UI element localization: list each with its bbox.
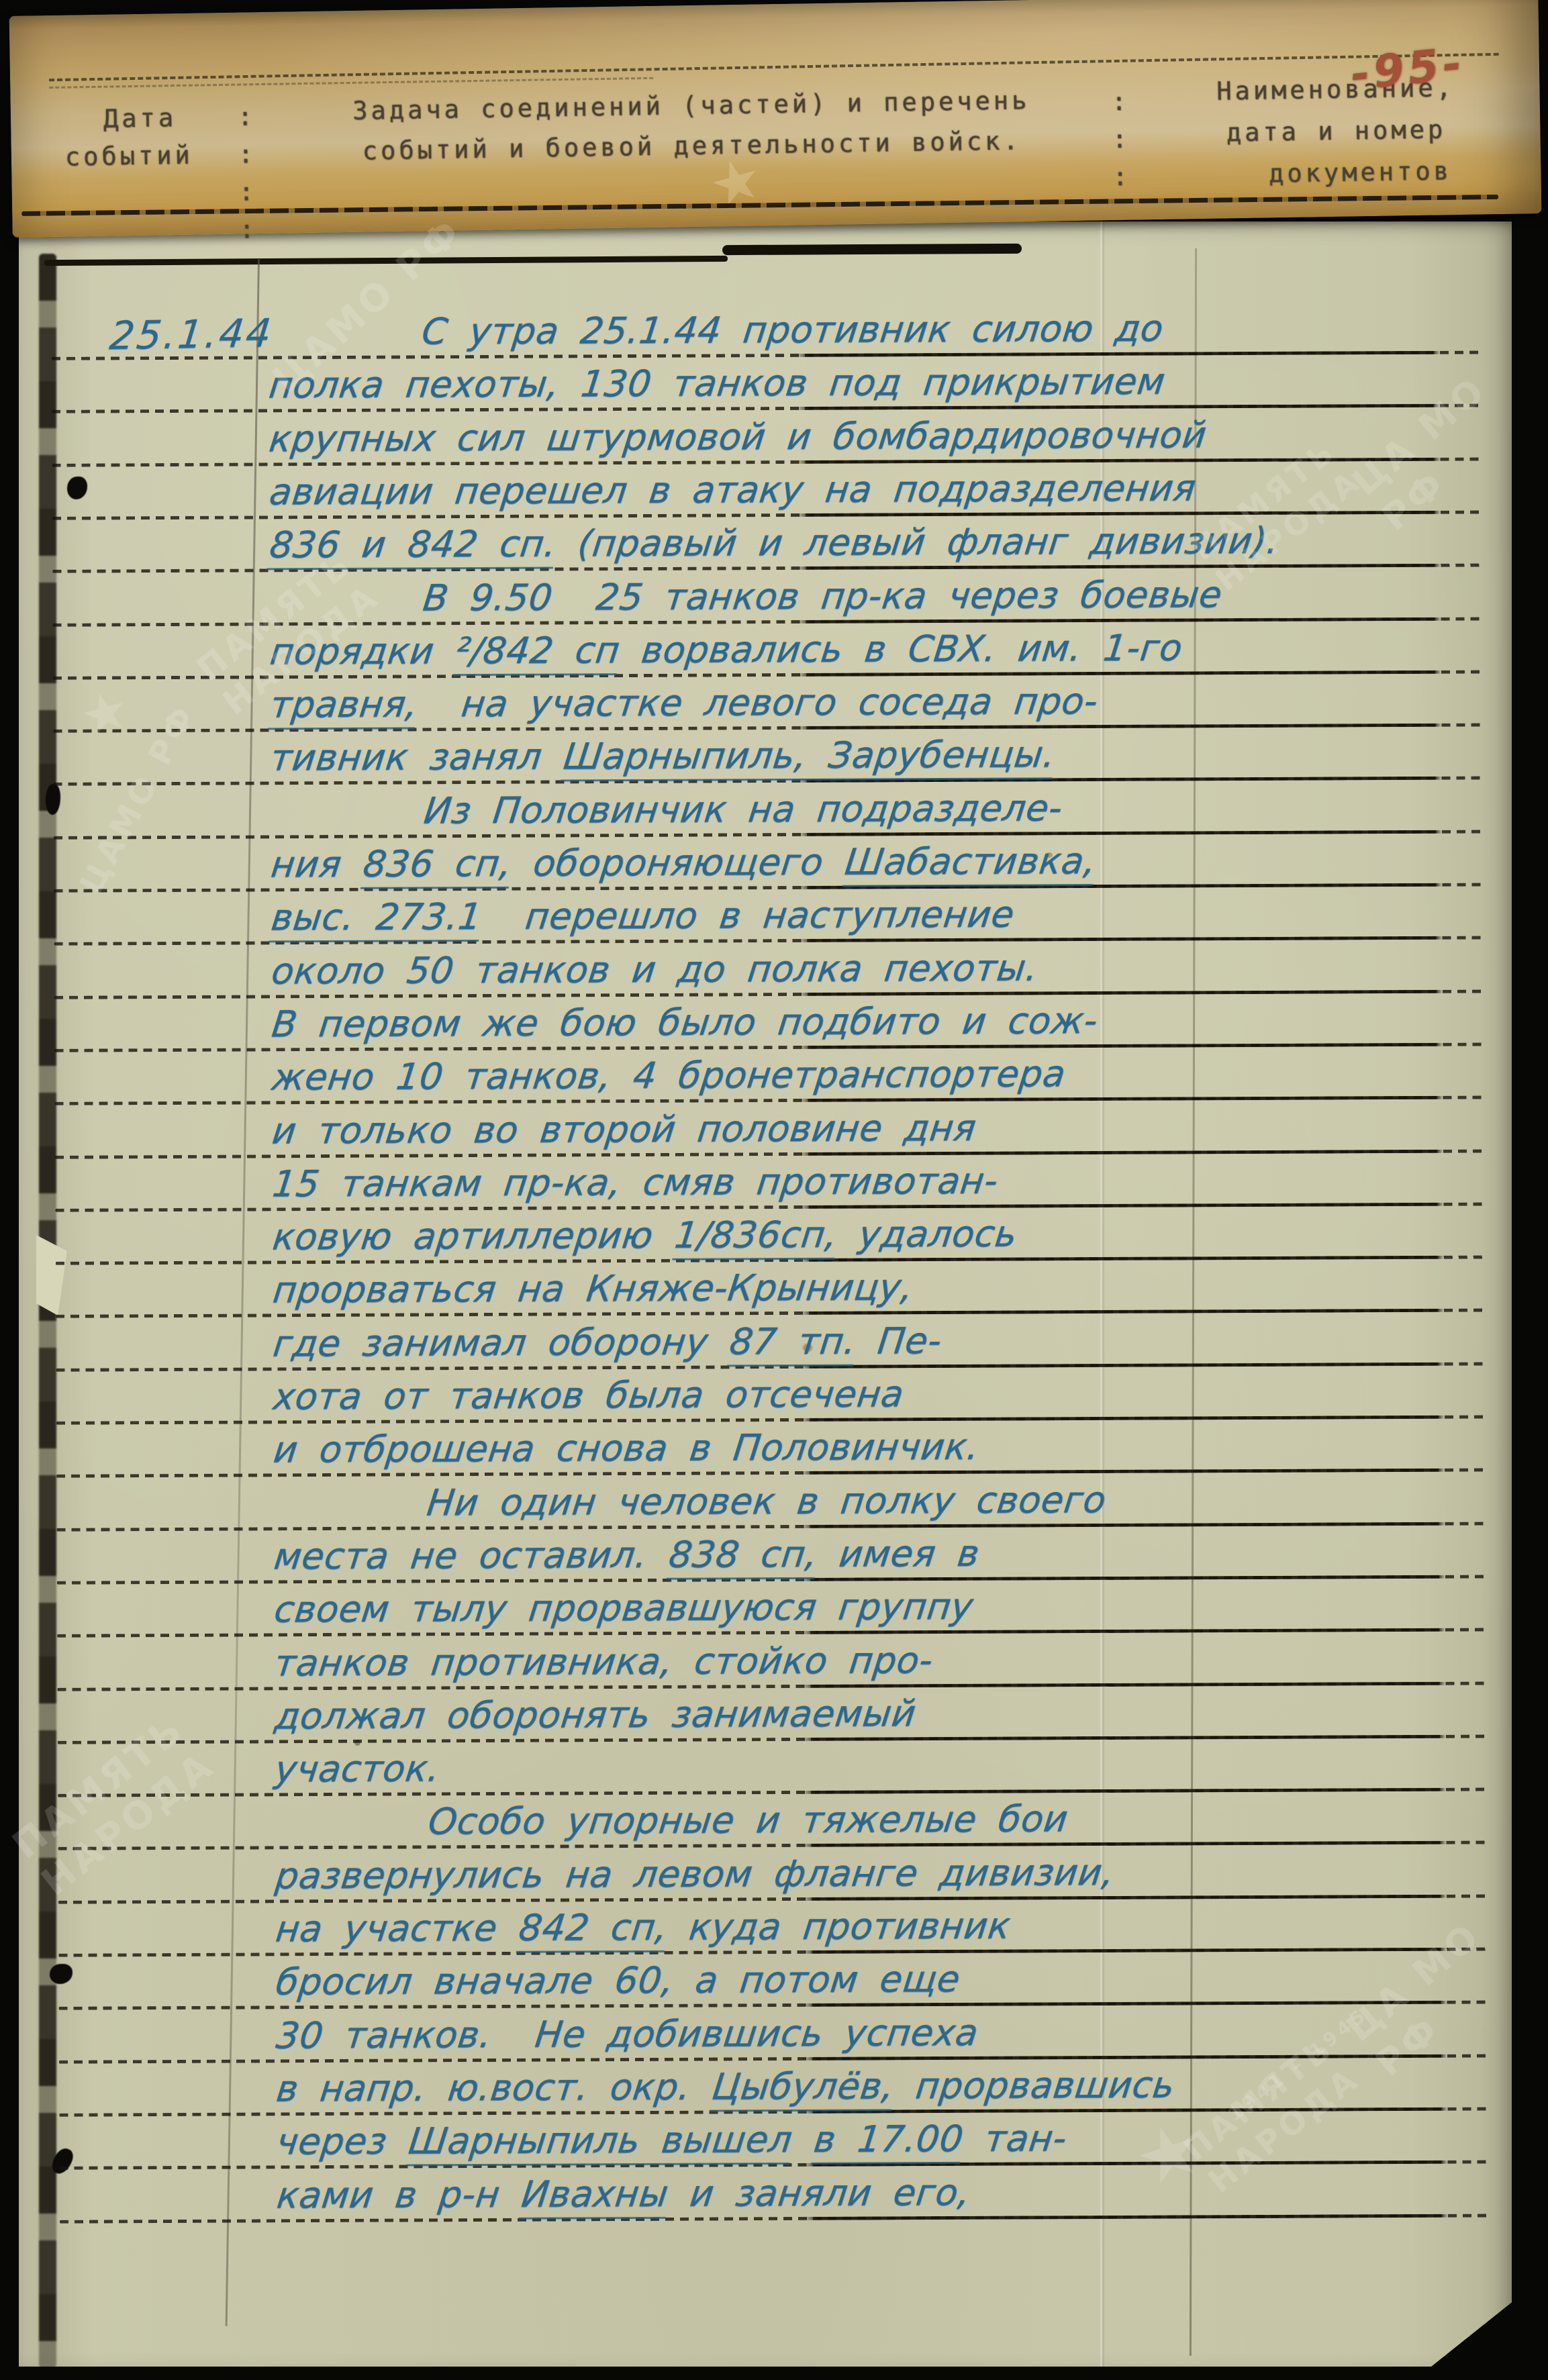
- text-segment: порядки: [268, 630, 458, 673]
- handwritten-line: крупных сил штурмовой и бомбардировочной: [267, 417, 1208, 457]
- header-label: событий: [64, 137, 193, 177]
- handwritten-line: 836 и 842 сп. (правый и левый фланг диви…: [268, 523, 1281, 564]
- text-segment: прорваться на Княже-Крыницу,: [271, 1267, 915, 1311]
- handwritten-line: ния 836 сп, обороняющего Шабастивка,: [269, 843, 1098, 883]
- text-segment: около 50 танков и до полка пехоты.: [269, 946, 1041, 992]
- handwritten-line: хота от танков была отсечена: [271, 1376, 906, 1415]
- text-segment: танков противника, стойко про-: [273, 1639, 936, 1684]
- handwritten-line: авиации перешел в атаку на подразделения: [268, 470, 1198, 510]
- text-segment: ворвались в СВХ. им. 1-го: [618, 626, 1185, 671]
- handwritten-line: своем тылу прорвавшуюся группу: [273, 1589, 975, 1628]
- text-segment: тан-: [961, 2117, 1069, 2160]
- handwritten-line: Из Половинчик на подразделе-: [422, 790, 1065, 829]
- header-column-date: Дата событий: [64, 99, 194, 177]
- handwritten-line: места не оставил. 838 сп, имея в: [272, 1536, 981, 1575]
- text-segment: участок.: [273, 1747, 442, 1790]
- scanned-document-page: 25.1.44 С утра 25.1.44 противник силою д…: [0, 0, 1548, 2380]
- ruled-line: [53, 617, 1484, 626]
- text-segment: В первом же бою было подбито и сож-: [270, 999, 1100, 1045]
- handwritten-line: танков противника, стойко про-: [273, 1642, 935, 1681]
- handwritten-line: жено 10 танков, 4 бронетранспортера: [270, 1056, 1067, 1095]
- handwritten-line: Особо упорные и тяжелые бои: [426, 1801, 1070, 1840]
- handwritten-line: тивник занял Шарныпиль, Зарубенцы.: [269, 737, 1057, 777]
- underlined-text: 838 сп,: [666, 1533, 820, 1580]
- handwritten-line: В 9.50 25 танков пр-ка через боевые: [421, 577, 1224, 616]
- handwritten-line: В первом же бою было подбито и сож-: [270, 1003, 1100, 1042]
- text-segment: развернулись на левом фланге дивизии,: [273, 1851, 1116, 1897]
- ruled-line: [52, 350, 1483, 360]
- handwritten-line: через Шарныпиль вышел в 17.00 тан-: [275, 2120, 1069, 2160]
- column-divider-colons: : : : :: [238, 98, 258, 248]
- text-segment: авиации перешел в атаку на подразделения: [267, 466, 1198, 513]
- underlined-text: травня,: [268, 683, 420, 730]
- text-segment: и только во второй половине дня: [270, 1106, 978, 1152]
- journal-paper-sheet: 25.1.44 С утра 25.1.44 противник силою д…: [19, 221, 1512, 2367]
- text-segment: через: [275, 2120, 412, 2163]
- underlined-text: ²/842 сп: [453, 629, 622, 676]
- text-segment: на участке: [273, 1907, 522, 1950]
- handwritten-line: должал оборонять занимаемый: [273, 1695, 918, 1734]
- handwritten-line: развернулись на левом фланге дивизии,: [274, 1854, 1116, 1894]
- text-segment: и заняли его,: [666, 2171, 973, 2214]
- text-segment: 30 танков. Не добившись успеха: [274, 2011, 981, 2056]
- underlined-text: Цыбулёв,: [710, 2065, 897, 2112]
- text-segment: обороняющего: [509, 841, 847, 885]
- handwritten-line: участок.: [273, 1750, 442, 1787]
- underlined-text: Ивахны: [519, 2172, 671, 2219]
- handwritten-line: прорваться на Княже-Крыницу,: [271, 1270, 915, 1309]
- handwritten-line: около 50 танков и до полка пехоты.: [270, 950, 1040, 989]
- text-segment: С утра 25.1.44 противник силою до: [420, 307, 1166, 353]
- text-segment: своем тылу прорвавшуюся группу: [272, 1585, 975, 1631]
- text-segment: ками в р-н: [275, 2173, 524, 2216]
- text-segment: ния: [269, 843, 367, 886]
- handwritten-line: бросил вначале 60, а потом еще: [274, 1961, 962, 2000]
- text-segment: 15 танкам пр-ка, смяв противотан-: [271, 1159, 1001, 1205]
- text-segment: ковую артиллерию: [271, 1214, 677, 1258]
- underlined-text: Шабастивка,: [842, 840, 1099, 887]
- underlined-text: 1/836сп,: [672, 1213, 840, 1260]
- text-segment: в напр. ю.вост. окр.: [274, 2065, 714, 2110]
- text-segment: удалось: [834, 1213, 1019, 1256]
- text-segment: должал оборонять занимаемый: [273, 1692, 918, 1737]
- text-segment: прорвавшись: [891, 2063, 1177, 2107]
- text-segment: на участке левого соседа про-: [416, 680, 1100, 725]
- text-segment: и отброшена снова в Половинчик.: [271, 1426, 981, 1471]
- text-segment: Особо упорные и тяжелые бои: [426, 1798, 1071, 1843]
- handwritten-entry-body: С утра 25.1.44 противник силою дополка п…: [19, 215, 1521, 2367]
- text-segment: (правый и левый фланг дивизии).: [554, 519, 1281, 565]
- underlined-text: Шарныпиль, Зарубенцы.: [561, 734, 1057, 782]
- underlined-text: 836 сп,: [360, 842, 514, 889]
- column-divider-colons: : : :: [1111, 83, 1131, 196]
- text-segment: хота от танков была отсечена: [271, 1373, 906, 1418]
- underlined-text: Шарныпиль вышел: [406, 2118, 795, 2167]
- text-segment: бросил вначале 60, а потом еще: [274, 1958, 963, 2003]
- text-segment: тивник занял: [269, 736, 567, 779]
- handwritten-line: порядки ²/842 сп ворвались в СВХ. им. 1-…: [269, 630, 1185, 670]
- handwritten-line: С утра 25.1.44 противник силою до: [420, 311, 1165, 350]
- underlined-text: 836 и 842 сп.: [267, 523, 559, 571]
- handwritten-line: полка пехоты, 130 танков под прикрытием: [267, 364, 1167, 404]
- handwritten-line: ковую артиллерию 1/836сп, удалось: [271, 1216, 1019, 1256]
- ruled-line: [56, 1522, 1488, 1531]
- header-label: дата и номер: [1141, 107, 1531, 155]
- text-segment: где занимал оборону: [271, 1320, 732, 1365]
- text-segment: перешло в наступление: [479, 893, 1017, 938]
- header-label: Наименование,: [1141, 66, 1531, 113]
- handwritten-line: Ни один человек в полку своего: [425, 1482, 1108, 1521]
- handwritten-line: выс. 273.1 перешло в наступление: [269, 897, 1016, 936]
- underlined-text: 87 тп.: [727, 1320, 859, 1367]
- underlined-text: выс. 273.1: [269, 895, 484, 942]
- text-segment: Пе-: [853, 1320, 944, 1362]
- underlined-text: 842 сп,: [516, 1906, 670, 1953]
- text-segment: полка пехоты, 130 танков под прикрытием: [267, 360, 1167, 407]
- underlined-text: в 17.00: [811, 2118, 965, 2165]
- ruled-line: [58, 1841, 1490, 1850]
- text-segment: куда противник: [665, 1905, 1013, 1948]
- text-segment: Из Половинчик на подразделе-: [422, 787, 1065, 832]
- text-segment: жено 10 танков, 4 бронетранспортера: [270, 1052, 1068, 1098]
- header-label: Дата: [64, 99, 193, 139]
- text-segment: крупных сил штурмовой и бомбардировочной: [267, 413, 1209, 460]
- header-label: документов: [1142, 149, 1532, 197]
- handwritten-line: на участке 842 сп, куда противник: [274, 1908, 1012, 1948]
- glued-header-strip: Дата событий : : : : Задача соединений (…: [9, 0, 1542, 238]
- handwritten-line: и отброшена снова в Половинчик.: [272, 1429, 981, 1469]
- text-segment: Ни один человек в полку своего: [425, 1479, 1109, 1524]
- text-segment: имея в: [815, 1532, 982, 1575]
- handwritten-line: 15 танкам пр-ка, смяв противотан-: [271, 1162, 1000, 1202]
- handwritten-line: 30 танков. Не добившись успеха: [275, 2014, 981, 2054]
- header-column-documents: Наименование, дата и номер документов: [1141, 66, 1532, 197]
- ruled-line: [54, 830, 1485, 839]
- handwritten-line: и только во второй половине дня: [271, 1109, 978, 1149]
- handwritten-line: травня, на участке левого соседа про-: [269, 683, 1100, 723]
- handwritten-line: где занимал оборону 87 тп. Пе-: [271, 1323, 944, 1362]
- text-segment: В 9.50 25 танков пр-ка через боевые: [421, 573, 1224, 619]
- handwritten-line: в напр. ю.вост. окр. Цыбулёв, прорвавшис…: [275, 2067, 1177, 2107]
- text-segment: места не оставил.: [272, 1534, 672, 1578]
- header-column-task: Задача соединений (частей) и перечень со…: [280, 79, 1103, 172]
- handwritten-line: ками в р-н Ивахны и заняли его,: [275, 2174, 973, 2214]
